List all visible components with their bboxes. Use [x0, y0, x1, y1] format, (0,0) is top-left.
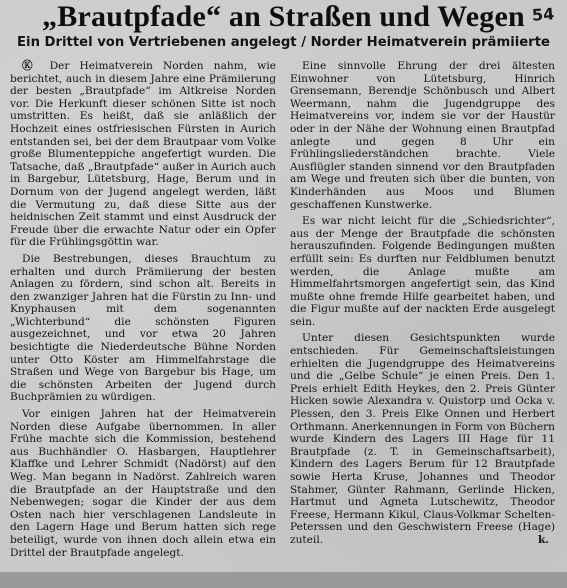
paragraph: Es war nicht leicht für die „Schiedsrich…: [290, 215, 555, 328]
scan-border: [0, 572, 567, 588]
paragraph: Ⓚ Der Heimatverein Norden nahm, wie beri…: [10, 60, 276, 249]
handwritten-page-number: 54: [531, 4, 555, 25]
paragraph: Unter diesen Gesichtspunkten wurde entsc…: [290, 332, 555, 546]
subheadline: Ein Drittel von Vertriebenen angelegt / …: [0, 34, 567, 52]
paragraph-text: Der Heimatverein Norden nahm, wie berich…: [10, 60, 276, 248]
paragraph: Die Bestrebungen, dieses Brauchtum zu er…: [10, 253, 276, 404]
headline: „Brautpfade“ an Straßen und Wegen: [0, 0, 567, 34]
paragraph: Eine sinnvolle Ehrung der drei ältesten …: [290, 60, 555, 211]
paragraph: Vor einigen Jahren hat der Heimatverein …: [10, 408, 276, 559]
paragraph-text: Unter diesen Gesichtspunkten wurde entsc…: [290, 332, 555, 546]
author-initial: k.: [526, 534, 549, 547]
right-column: Eine sinnvolle Ehrung der drei ältesten …: [290, 60, 555, 547]
agency-mark-icon: Ⓚ: [22, 60, 39, 72]
left-column: Ⓚ Der Heimatverein Norden nahm, wie beri…: [10, 60, 276, 559]
